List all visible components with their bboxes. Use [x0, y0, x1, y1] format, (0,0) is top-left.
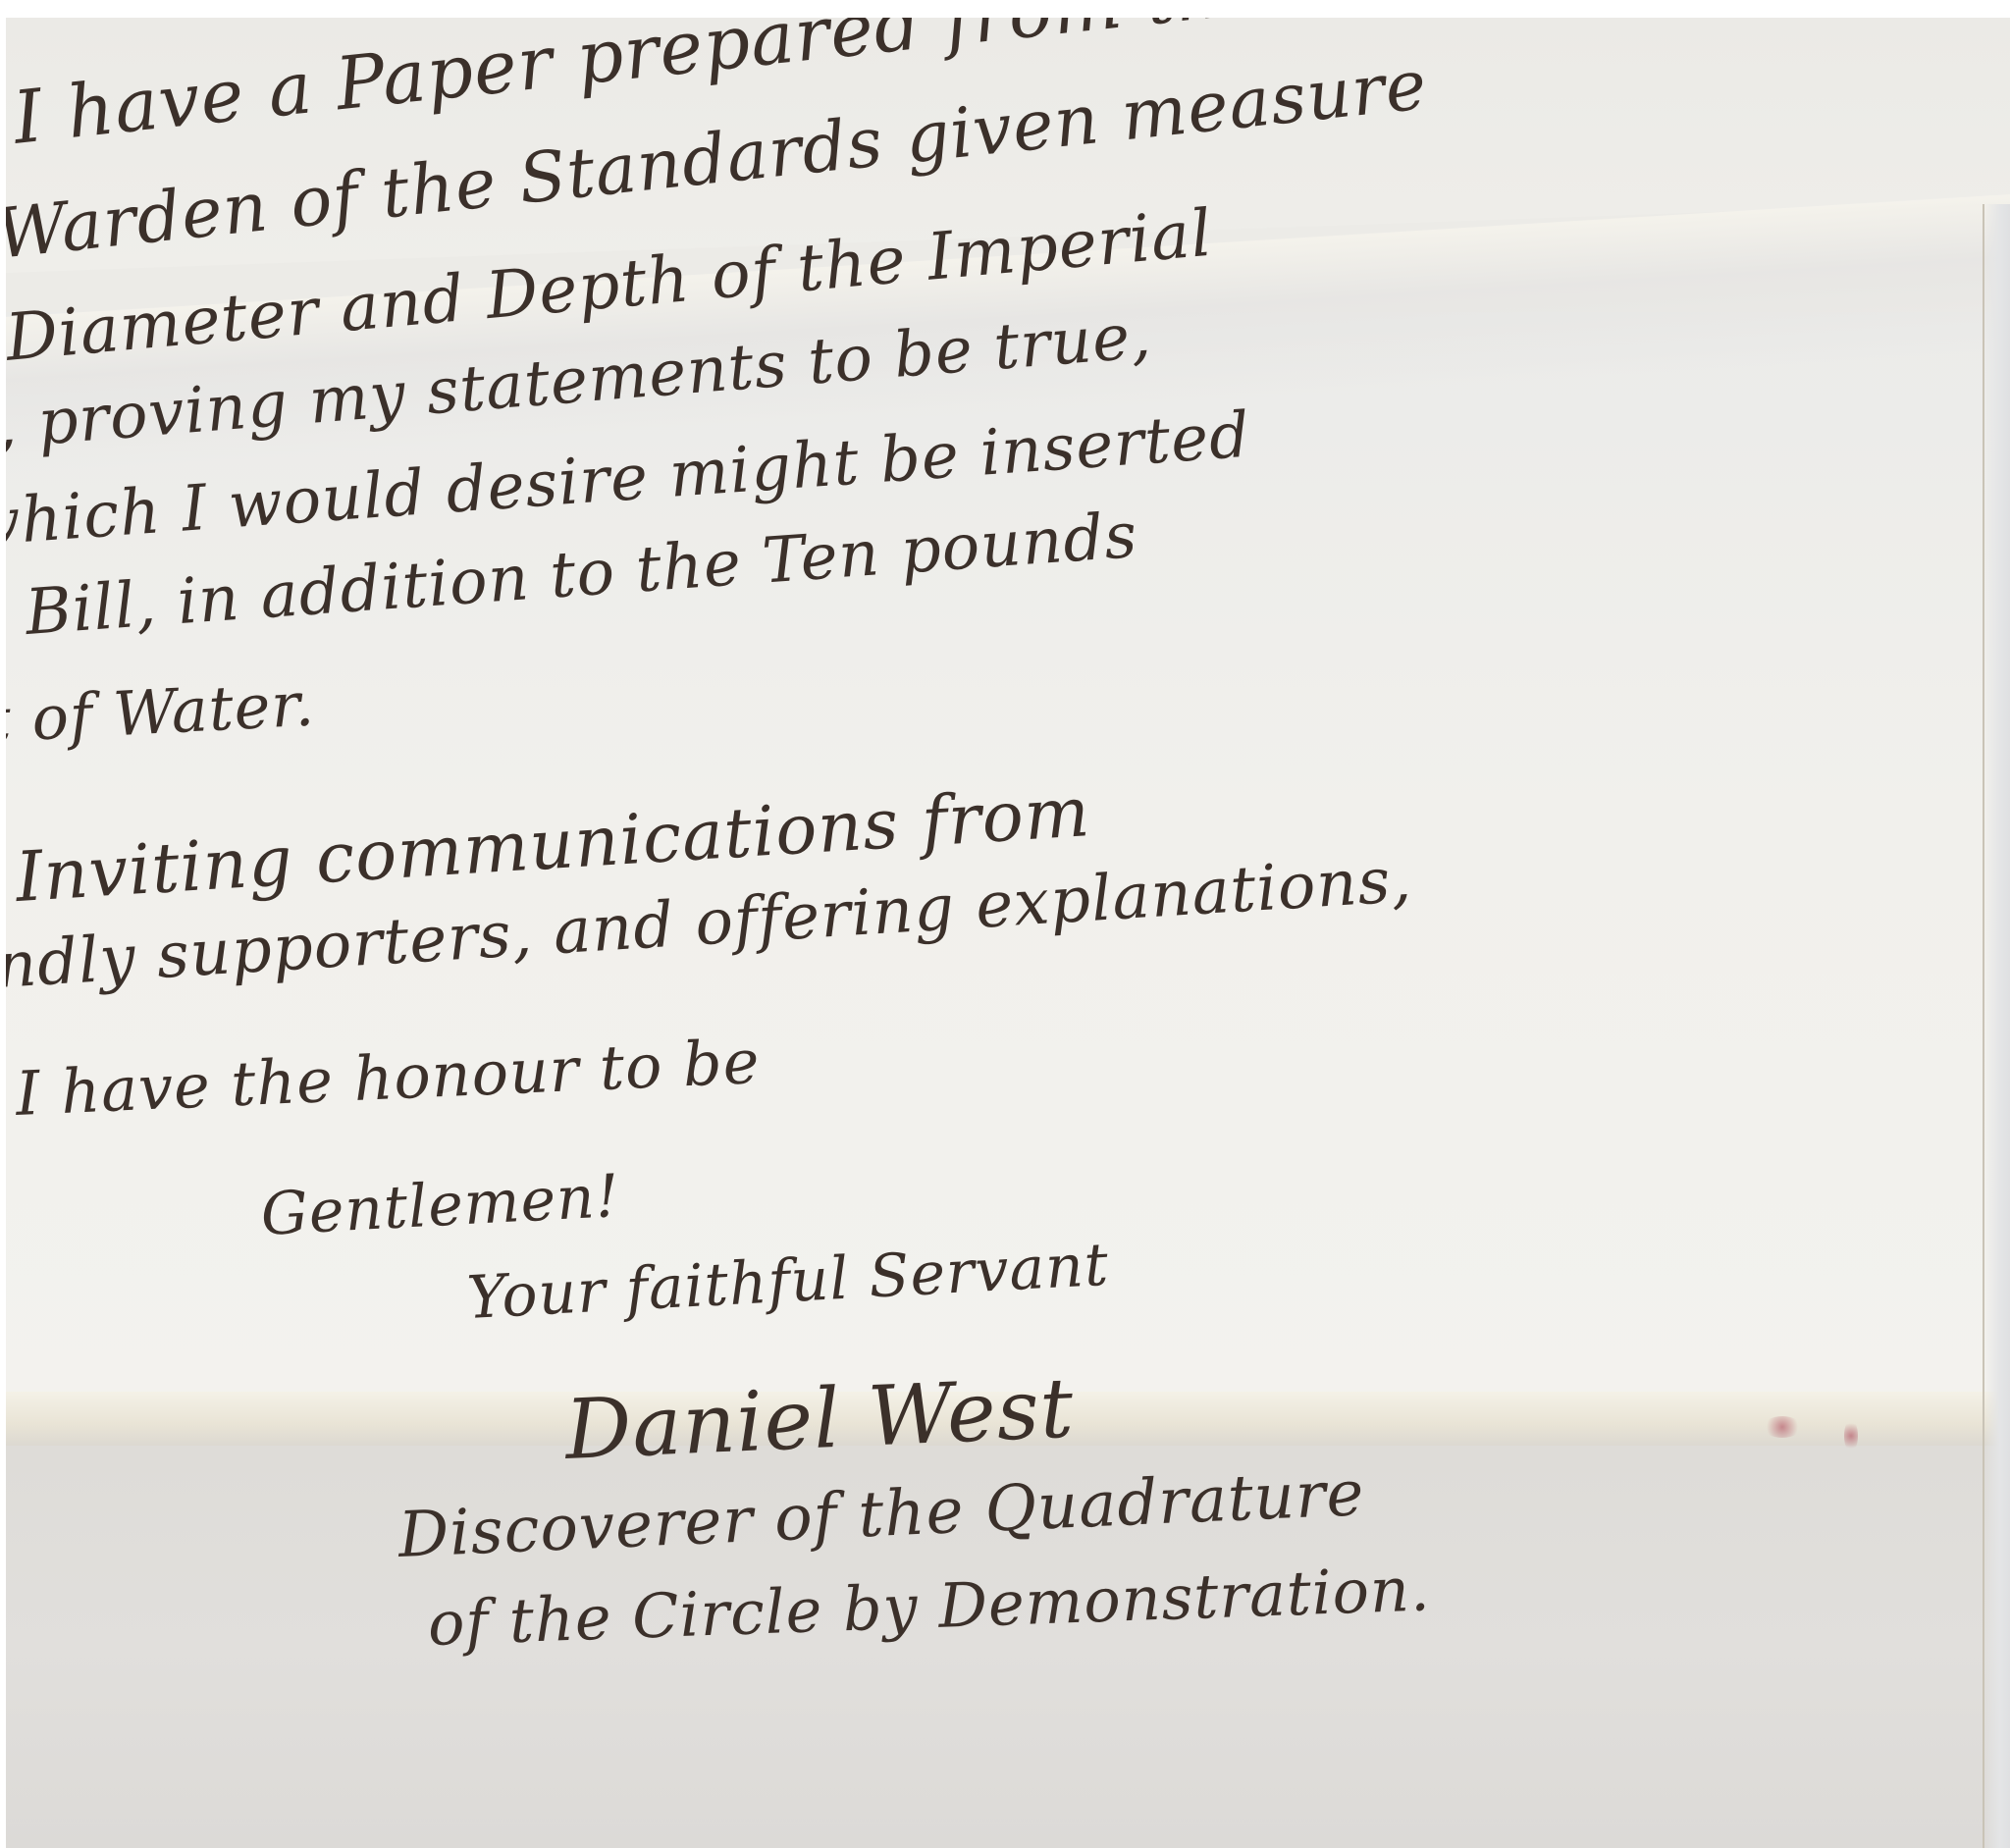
paper-right-edge	[1983, 204, 2010, 1848]
ink-stain	[1844, 1419, 1858, 1452]
ink-stain	[1763, 1416, 1802, 1438]
letter-page: I have a Paper prepared from the Warden …	[6, 18, 2010, 1848]
